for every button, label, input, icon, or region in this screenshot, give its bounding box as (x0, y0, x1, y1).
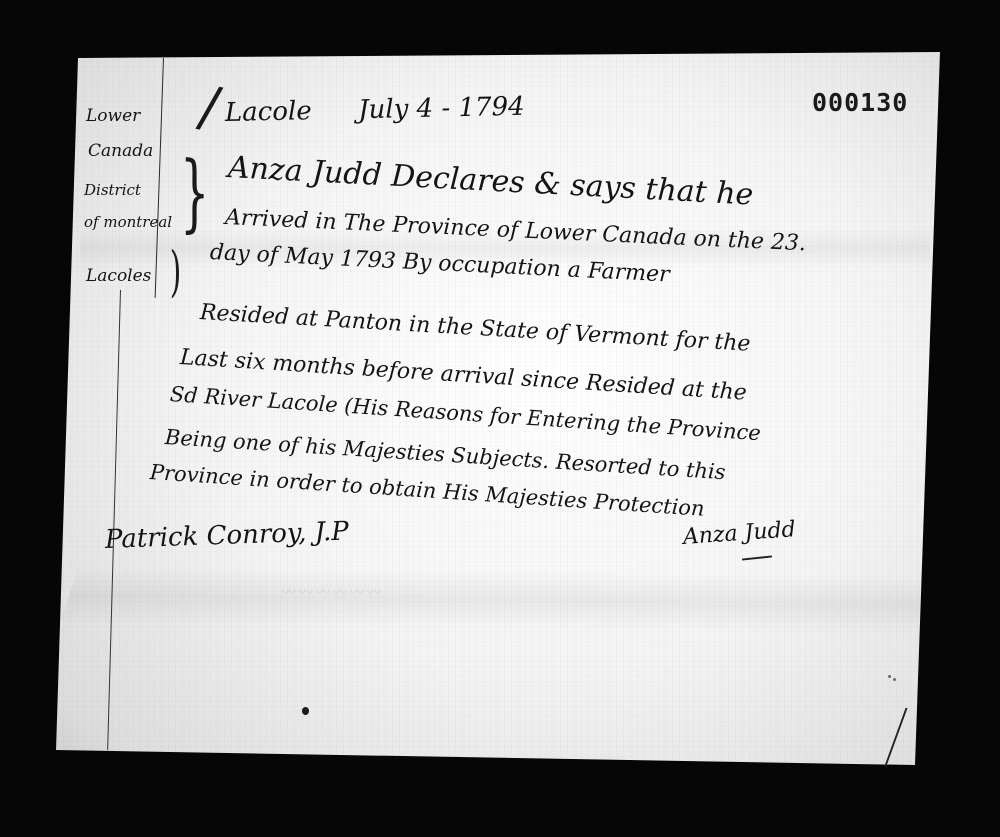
declaration-header: Lacole July 4 - 1794 (225, 92, 525, 128)
microfilm-frame: 000130 Lower Canada District of montreal… (0, 0, 1000, 837)
margin-note: Lacoles (86, 268, 151, 285)
paper-fold-shadow (60, 565, 921, 634)
reference-number: 000130 (812, 88, 908, 117)
margin-note: Canada (88, 143, 153, 160)
margin-brace: ) (170, 245, 182, 299)
margin-note: of montreal (84, 215, 172, 230)
ink-speck (893, 678, 896, 681)
margin-note: Lower (86, 108, 140, 125)
header-place: Lacole (225, 96, 312, 128)
header-date: July 4 - 1794 (358, 92, 525, 125)
margin-brace: } (180, 150, 209, 234)
margin-note: District (84, 183, 141, 198)
bleed-through-text: 〰〰〰〰〰〰 (282, 582, 384, 602)
ink-speck (302, 707, 309, 715)
ink-speck (888, 675, 891, 678)
